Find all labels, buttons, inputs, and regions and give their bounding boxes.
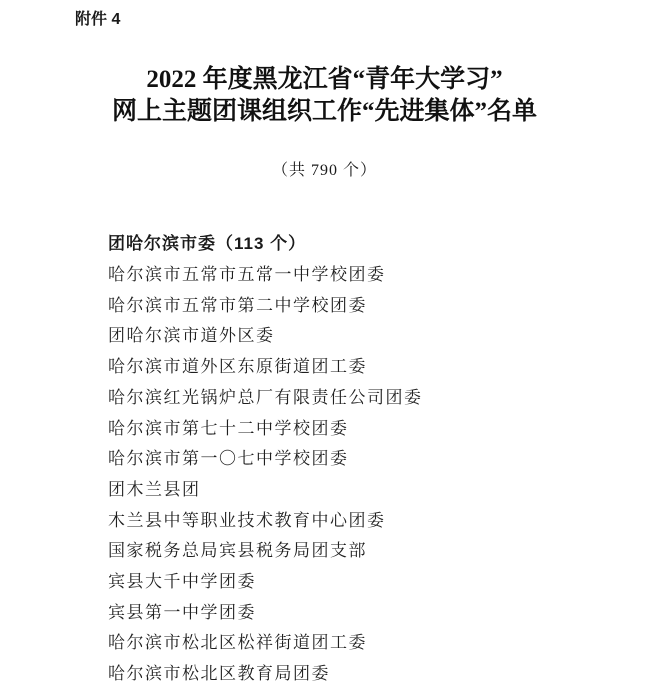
list-item: 木兰县中等职业技术教育中心团委 [108, 506, 423, 537]
section-header: 团哈尔滨市委（113 个） [108, 228, 423, 260]
list-item: 哈尔滨红光锅炉总厂有限责任公司团委 [108, 383, 423, 414]
list-item: 宾县第一中学团委 [108, 598, 423, 629]
list-item: 哈尔滨市五常市第二中学校团委 [108, 291, 423, 322]
list-item: 哈尔滨市松北区教育局团委 [108, 659, 423, 688]
document-title: 2022 年度黑龙江省“青年大学习” 网上主题团课组织工作“先进集体”名单 [0, 64, 649, 128]
list-item: 哈尔滨市第一〇七中学校团委 [108, 444, 423, 475]
organization-list: 哈尔滨市五常市五常一中学校团委哈尔滨市五常市第二中学校团委团哈尔滨市道外区委哈尔… [108, 260, 423, 688]
list-item: 国家税务总局宾县税务局团支部 [108, 536, 423, 567]
list-item: 哈尔滨市五常市五常一中学校团委 [108, 260, 423, 291]
title-line-1: 2022 年度黑龙江省“青年大学习” [0, 64, 649, 96]
attachment-label: 附件 4 [75, 10, 120, 30]
list-item: 团木兰县团 [108, 475, 423, 506]
list-item: 哈尔滨市松北区松祥街道团工委 [108, 628, 423, 659]
document-page: 附件 4 2022 年度黑龙江省“青年大学习” 网上主题团课组织工作“先进集体”… [0, 0, 649, 688]
list-item: 哈尔滨市道外区东原街道团工委 [108, 352, 423, 383]
list-item: 宾县大千中学团委 [108, 567, 423, 598]
title-line-2: 网上主题团课组织工作“先进集体”名单 [0, 96, 649, 128]
section-harbin-committee: 团哈尔滨市委（113 个） 哈尔滨市五常市五常一中学校团委哈尔滨市五常市第二中学… [108, 228, 423, 688]
list-item: 哈尔滨市第七十二中学校团委 [108, 414, 423, 445]
list-item: 团哈尔滨市道外区委 [108, 321, 423, 352]
total-count: （共 790 个） [0, 160, 649, 182]
